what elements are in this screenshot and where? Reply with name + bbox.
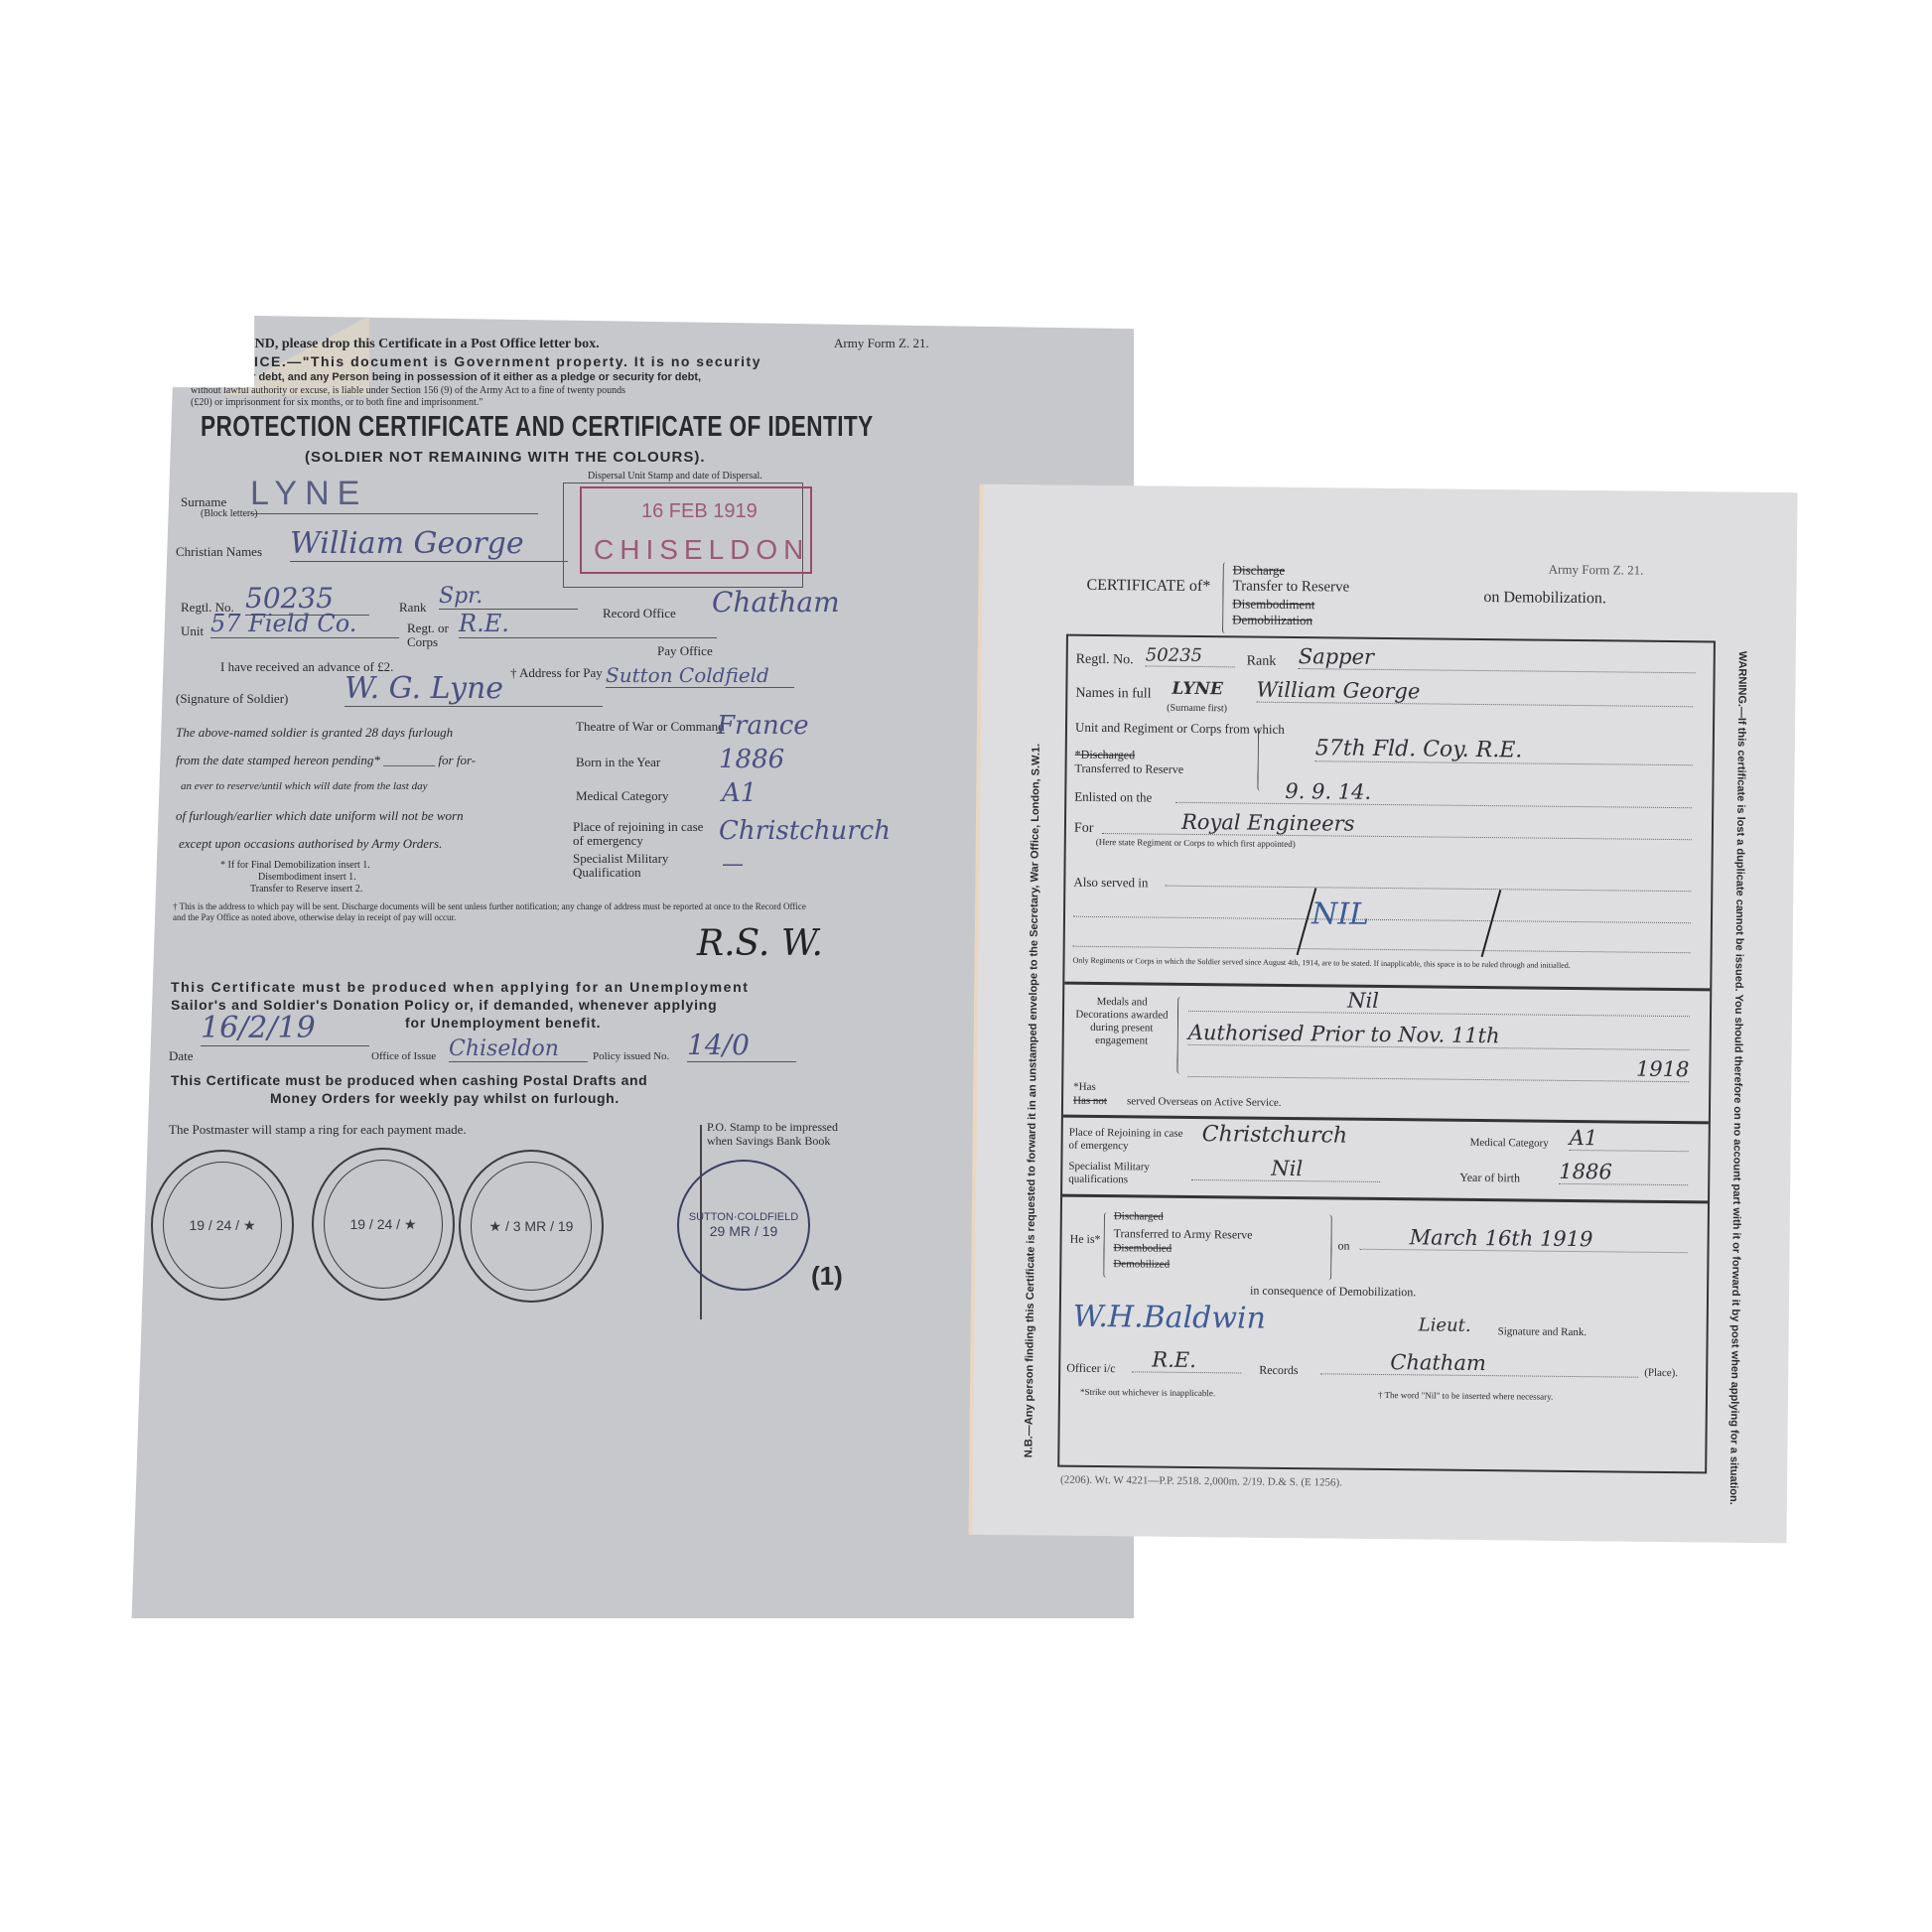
if-found-notice: ☞ IF FOUND, please drop this Certificate… xyxy=(193,336,600,352)
he-is-disembodied: Disembodied xyxy=(1113,1242,1172,1255)
on-demobilization: on Demobilization. xyxy=(1483,589,1606,608)
specialist-label: Specialist Military qualifications xyxy=(1068,1161,1185,1187)
in-consequence: in consequence of Demobilization. xyxy=(1250,1284,1416,1301)
rank-label: Rank xyxy=(1247,654,1277,670)
ruled-through-right xyxy=(1481,890,1502,957)
regt-label: Regt. or Corps xyxy=(407,621,459,649)
option-discharge: Discharge xyxy=(1233,562,1286,579)
names-surname: LYNE xyxy=(1172,679,1223,700)
officer-ic-value: R.E. xyxy=(1132,1347,1241,1373)
unit-sublabel-transferred: Transferred to Reserve xyxy=(1074,761,1183,777)
army-form-number: Army Form Z. 21. xyxy=(834,336,929,351)
specialist-value: — xyxy=(722,852,744,877)
medical-value: A1 xyxy=(722,778,757,808)
signature-label: (Signature of Soldier) xyxy=(176,691,288,707)
page-number: (1) xyxy=(811,1261,843,1292)
born-value: 1886 xyxy=(719,745,784,774)
names-label: Names in full xyxy=(1075,686,1151,703)
for-label: For xyxy=(1074,821,1094,837)
soldier-signature: W. G. Lyne xyxy=(345,671,603,707)
place-rejoining-label: Place of rejoining in case of emergency xyxy=(573,820,707,848)
notice-line-1: NOTICE.—"This document is Government pro… xyxy=(220,353,761,369)
donation-text-1: This Certificate must be produced when a… xyxy=(171,979,749,995)
rank-label: Rank xyxy=(399,600,426,616)
certificate-frame: Regtl. No. 50235 Rank Sapper Names in fu… xyxy=(1057,634,1716,1474)
address-note: † This is the address to which pay will … xyxy=(173,901,808,923)
nil-note: † The word "Nil" to be inserted where ne… xyxy=(1378,1390,1553,1402)
postmark-sutton-coldfield: SUTTON·COLDFIELD29 MR / 19 xyxy=(677,1160,810,1291)
medals-value-1: Nil xyxy=(1188,987,1690,1017)
specialist-value: Nil xyxy=(1191,1156,1380,1182)
he-is-transferred: Transferred to Army Reserve xyxy=(1114,1226,1253,1242)
option-transfer-reserve: Transfer to Reserve xyxy=(1232,578,1349,596)
medical-category-label: Medical Category xyxy=(1470,1137,1549,1150)
officer-ic-label: Officer i/c xyxy=(1066,1361,1116,1377)
brace-he-is-right xyxy=(1324,1214,1332,1280)
option-demobilization: Demobilization xyxy=(1232,612,1312,628)
christian-names-value: William George xyxy=(290,526,568,562)
divider-3 xyxy=(1062,1194,1708,1204)
divider-2 xyxy=(1063,1115,1709,1125)
place-rejoining-value: Christchurch xyxy=(1202,1122,1348,1149)
date-value: 16/2/19 xyxy=(201,1011,369,1046)
pay-office-label: Pay Office xyxy=(657,643,713,659)
furlough-text-3: an ever to reserve/until which will date… xyxy=(181,780,427,792)
enlisted-value: 9. 9. 14. xyxy=(1175,778,1692,808)
served-overseas-text: served Overseas on Active Service. xyxy=(1127,1095,1282,1109)
unit-value: 57 Field Co. xyxy=(210,610,399,638)
signature-label: Signature and Rank. xyxy=(1498,1325,1587,1338)
postmark-1: 19 / 24 / ★ xyxy=(151,1150,294,1301)
enlisted-label: Enlisted on the xyxy=(1074,789,1152,806)
rank-value: Spr. xyxy=(439,584,578,610)
regtl-no-value: 50235 xyxy=(1146,644,1235,667)
furlough-text-1: The above-named soldier is granted 28 da… xyxy=(176,725,453,741)
records-value: Chatham xyxy=(1320,1349,1638,1377)
surname-value: LYNE xyxy=(250,475,538,514)
officer-signature: R.S. W. xyxy=(697,923,823,964)
theatre-label: Theatre of War or Command xyxy=(576,719,725,735)
also-served-line-3 xyxy=(1073,946,1691,954)
medical-label: Medical Category xyxy=(576,788,669,804)
records-label: Records xyxy=(1259,1363,1298,1378)
unit-label: Unit and Regiment or Corps from which xyxy=(1075,720,1285,738)
side-warning-right: WARNING.—If this certificate is lost a d… xyxy=(1727,651,1748,1465)
year-of-birth-value: 1886 xyxy=(1559,1160,1688,1185)
regtl-no-label: Regtl. No. xyxy=(1076,652,1134,669)
furlough-text-5: except upon occasions authorised by Army… xyxy=(179,836,442,852)
certificate-of-label: CERTIFICATE of* xyxy=(1086,577,1210,596)
pointing-hand-icon: ☞ xyxy=(193,337,208,351)
date-label: Date xyxy=(169,1048,194,1064)
medals-value-3: 1918 xyxy=(1187,1052,1689,1082)
place-rejoining-value: Christchurch xyxy=(719,816,891,846)
document-title: PROTECTION CERTIFICATE AND CERTIFICATE O… xyxy=(201,411,874,444)
office-of-issue-label: Office of Issue xyxy=(371,1050,436,1062)
postmark-2: 19 / 24 / ★ xyxy=(312,1148,455,1301)
side-note-left: N.B.—Any person finding this Certificate… xyxy=(1023,643,1043,1457)
surname-first-note: (Surname first) xyxy=(1167,703,1227,715)
place-rejoining-label: Place of Rejoining in case of emergency xyxy=(1069,1127,1186,1154)
postmark-3: ★ / 3 MR / 19 xyxy=(459,1150,604,1303)
notice-line-4: (£20) or imprisonment for six months, or… xyxy=(191,397,483,408)
army-form-number-right: Army Form Z. 21. xyxy=(1549,562,1644,579)
surname-note: (Block letters) xyxy=(201,508,257,519)
on-value: March 16th 1919 xyxy=(1360,1225,1688,1253)
po-stamp-text: P.O. Stamp to be impressed when Savings … xyxy=(707,1120,866,1148)
strike-out-note: *Strike out whichever is inapplicable. xyxy=(1080,1387,1215,1398)
address-value: Sutton Coldfield xyxy=(606,663,794,688)
medals-value-2: Authorised Prior to Nov. 11th xyxy=(1188,1021,1690,1050)
regt-value: R.E. xyxy=(459,610,717,638)
notice-line-2: whatever for debt, and any Person being … xyxy=(191,371,701,383)
he-is-demobilized: Demobilized xyxy=(1113,1258,1170,1271)
also-served-label: Also served in xyxy=(1073,875,1148,892)
names-given: William George xyxy=(1256,678,1693,708)
on-label: on xyxy=(1337,1239,1349,1254)
rank-value: Sapper xyxy=(1299,644,1696,673)
donation-text-3: for Unemployment benefit. xyxy=(405,1015,601,1031)
brace-left xyxy=(1222,562,1230,633)
postal-text-1: This Certificate must be produced when c… xyxy=(171,1072,647,1088)
born-label: Born in the Year xyxy=(576,755,660,770)
also-served-line-1 xyxy=(1165,886,1691,893)
footnote-2: Disembodiment insert 1. xyxy=(258,872,356,883)
furlough-text-2: from the date stamped hereon pending* __… xyxy=(176,753,476,768)
option-disembodiment: Disembodiment xyxy=(1232,596,1314,613)
specialist-label: Specialist Military Qualification xyxy=(573,852,712,880)
christian-names-label: Christian Names xyxy=(176,544,262,560)
he-is-discharged: Discharged xyxy=(1114,1210,1164,1223)
theatre-value: France xyxy=(717,711,809,741)
document-subtitle: (SOLDIER NOT REMAINING WITH THE COLOURS)… xyxy=(305,449,705,466)
footnote-3: Transfer to Reserve insert 2. xyxy=(250,884,362,895)
brace-he-is xyxy=(1103,1212,1111,1278)
postmaster-text: The Postmaster will stamp a ring for eac… xyxy=(169,1122,467,1138)
office-of-issue-value: Chiseldon xyxy=(449,1036,588,1062)
furlough-text-4: of furlough/earlier which date uniform w… xyxy=(176,808,464,824)
also-served-value: NIL xyxy=(1311,897,1369,932)
policy-label: Policy issued No. xyxy=(593,1050,669,1062)
unit-value: 57th Fld. Coy. R.E. xyxy=(1315,736,1693,765)
signature-rank: Lieut. xyxy=(1419,1314,1471,1336)
printer-line: (2206). Wt. W 4221—P.P. 2518. 2,000m. 2/… xyxy=(1060,1474,1342,1489)
notice-line-3: without lawful authority or excuse, is l… xyxy=(191,385,625,396)
medals-label: Medals and Decorations awarded during pr… xyxy=(1072,996,1173,1048)
also-served-line-2 xyxy=(1073,916,1691,924)
has-not-label: Has not xyxy=(1073,1095,1107,1107)
dispersal-stamp: 16 FEB 1919 CHISELDON xyxy=(580,486,812,574)
record-office-value: Chatham xyxy=(712,586,840,619)
place-label: (Place). xyxy=(1644,1367,1678,1379)
officer-signature: W.H.Baldwin xyxy=(1073,1300,1267,1336)
policy-value: 14/0 xyxy=(687,1029,796,1062)
year-of-birth-label: Year of birth xyxy=(1459,1171,1520,1186)
brace-medals xyxy=(1176,997,1184,1074)
he-is-label: He is* xyxy=(1070,1232,1101,1247)
demobilization-certificate: CERTIFICATE of* Discharge Transfer to Re… xyxy=(972,484,1797,1544)
also-served-note: Only Regiments or Corps in which the Sol… xyxy=(1072,956,1688,972)
footnote-1: * If for Final Demobilization insert 1. xyxy=(220,860,370,871)
medical-category-value: A1 xyxy=(1570,1126,1689,1152)
postal-text-2: Money Orders for weekly pay whilst on fu… xyxy=(270,1090,620,1106)
has-label: *Has xyxy=(1073,1081,1096,1093)
dispersal-label: Dispersal Unit Stamp and date of Dispers… xyxy=(588,471,762,482)
for-note: (Here state Regiment or Corps to which f… xyxy=(1096,837,1296,849)
unit-label: Unit xyxy=(181,623,204,639)
for-value: Royal Engineers xyxy=(1102,809,1692,840)
